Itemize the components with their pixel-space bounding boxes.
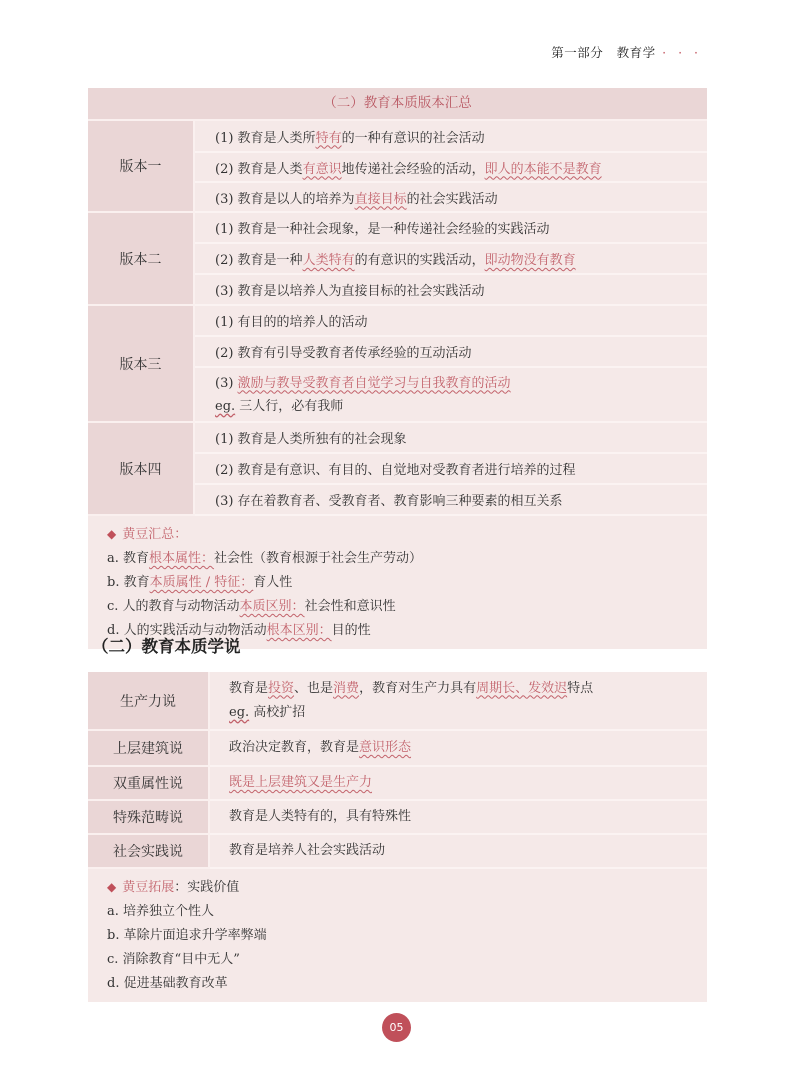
highlight-text: 周期长、发效迟 <box>476 681 567 696</box>
text-segment: 高校扩招 <box>249 705 305 720</box>
extension-line: b. 革除片面追求升学率弊端 <box>107 924 707 948</box>
version-row: 版本一(1) 教育是人类所特有的一种有意识的社会活动(2) 教育是人类有意识地传… <box>88 121 707 213</box>
theory-row: 上层建筑说政治决定教育，教育是意识形态 <box>88 731 707 767</box>
theory-row: 双重属性说既是上层建筑又是生产力 <box>88 767 707 801</box>
text-segment: (3) 教育是以培养人为直接目标的社会实践活动 <box>215 284 485 299</box>
summary-heading: 黄豆汇总： <box>122 527 187 542</box>
highlight-text: 投资 <box>268 681 294 696</box>
version-item: (1) 有目的的培养人的活动 <box>195 306 707 337</box>
running-header: 第一部分 教育学 · · · <box>551 43 702 61</box>
text-segment: (1) 教育是一种社会现象，是一种传递社会经验的实践活动 <box>215 222 550 237</box>
text-segment: a. 教育 <box>107 551 149 566</box>
example-marker: eg. <box>229 705 249 720</box>
text-segment: (2) 教育是一种 <box>215 253 303 268</box>
text-segment: (3) 教育是以人的培养为 <box>215 192 355 207</box>
theory-label: 上层建筑说 <box>88 731 210 767</box>
text-segment: (1) 教育是人类所独有的社会现象 <box>215 432 407 447</box>
text-segment: (2) 教育是有意识、有目的、自觉地对受教育者进行培养的过程 <box>215 463 576 478</box>
version-summary-table: （二）教育本质版本汇总 版本一(1) 教育是人类所特有的一种有意识的社会活动(2… <box>88 88 707 649</box>
text-segment: (2) 教育有引导受教育者传承经验的互动活动 <box>215 346 472 361</box>
header-dots-icon: · · · <box>662 45 702 60</box>
summary-line: a. 教育根本属性：社会性（教育根源于社会生产劳动） <box>107 547 707 571</box>
text-segment: 教育是人类特有的，具有特殊性 <box>229 809 411 824</box>
text-segment: 三人行，必有我师 <box>235 399 343 414</box>
theory-description: 教育是人类特有的，具有特殊性 <box>210 801 707 835</box>
version-row: 版本二(1) 教育是一种社会现象，是一种传递社会经验的实践活动(2) 教育是一种… <box>88 213 707 306</box>
highlight-text: 即人的本能不是教育 <box>485 162 602 177</box>
theory-table: 生产力说教育是投资、也是消费，教育对生产力具有周期长、发效迟特点eg. 高校扩招… <box>88 672 707 1002</box>
version-item: (2) 教育有引导受教育者传承经验的互动活动 <box>195 337 707 368</box>
version-item: (1) 教育是人类所独有的社会现象 <box>195 423 707 454</box>
text-segment: 目的性 <box>332 623 371 638</box>
header-part: 第一部分 <box>551 45 603 60</box>
table-title: （二）教育本质版本汇总 <box>88 88 707 121</box>
header-subject: 教育学 <box>617 45 656 60</box>
text-segment: 的有意识的实践活动， <box>355 253 485 268</box>
version-row: 版本四(1) 教育是人类所独有的社会现象(2) 教育是有意识、有目的、自觉地对受… <box>88 423 707 516</box>
theory-row: 特殊范畴说教育是人类特有的，具有特殊性 <box>88 801 707 835</box>
theory-label: 生产力说 <box>88 672 210 731</box>
text-segment: b. 教育 <box>107 575 150 590</box>
version-item: (3) 教育是以人的培养为直接目标的社会实践活动 <box>195 183 707 213</box>
version-item: (1) 教育是人类所特有的一种有意识的社会活动 <box>195 121 707 153</box>
extension-heading-suffix: ：实践价值 <box>174 880 239 895</box>
theory-row: 生产力说教育是投资、也是消费，教育对生产力具有周期长、发效迟特点eg. 高校扩招 <box>88 672 707 731</box>
diamond-icon: ◆ <box>107 880 116 894</box>
text-segment: (3) 存在着教育者、受教育者、教育影响三种要素的相互关系 <box>215 494 563 509</box>
diamond-icon: ◆ <box>107 527 116 541</box>
page-number: 05 <box>382 1013 411 1042</box>
theory-label: 双重属性说 <box>88 767 210 801</box>
extension-box: ◆黄豆拓展：实践价值 a. 培养独立个性人b. 革除片面追求升学率弊端c. 消除… <box>88 869 707 1002</box>
text-segment: 特点 <box>567 681 593 696</box>
text-segment: 教育是培养人社会实践活动 <box>229 843 385 858</box>
version-label: 版本二 <box>88 213 195 306</box>
highlight-text: 直接目标 <box>355 192 407 207</box>
text-segment: ，教育对生产力具有 <box>359 681 476 696</box>
version-row: 版本三(1) 有目的的培养人的活动(2) 教育有引导受教育者传承经验的互动活动(… <box>88 306 707 423</box>
text-segment: 育人性 <box>253 575 292 590</box>
version-item: (3) 激励与教导受教育者自觉学习与自我教育的活动eg. 三人行，必有我师 <box>195 368 707 423</box>
version-item: (2) 教育是有意识、有目的、自觉地对受教育者进行培养的过程 <box>195 454 707 485</box>
text-segment: 的社会实践活动 <box>407 192 498 207</box>
highlight-text: 特有 <box>316 131 342 146</box>
theory-label: 特殊范畴说 <box>88 801 210 835</box>
text-segment: c. 人的教育与动物活动 <box>107 599 240 614</box>
theory-description: 教育是投资、也是消费，教育对生产力具有周期长、发效迟特点eg. 高校扩招 <box>210 672 707 731</box>
highlight-text: 激励与教导受教育者自觉学习与自我教育的活动 <box>238 376 511 391</box>
theory-label: 社会实践说 <box>88 835 210 869</box>
text-segment: (1) 教育是人类所 <box>215 131 316 146</box>
extension-line: c. 消除教育“目中无人” <box>107 948 707 972</box>
text-segment: 社会性（教育根源于社会生产劳动） <box>214 551 422 566</box>
version-label: 版本一 <box>88 121 195 213</box>
text-segment: 的一种有意识的社会活动 <box>342 131 485 146</box>
highlight-text: 人类特有 <box>303 253 355 268</box>
text-segment: 社会性和意识性 <box>305 599 396 614</box>
version-item: (2) 教育是人类有意识地传递社会经验的活动，即人的本能不是教育 <box>195 153 707 183</box>
version-item: (3) 存在着教育者、受教育者、教育影响三种要素的相互关系 <box>195 485 707 516</box>
text-segment: 、也是 <box>294 681 333 696</box>
text-segment: (3) <box>215 376 238 391</box>
theory-row: 社会实践说教育是培养人社会实践活动 <box>88 835 707 869</box>
theory-description: 政治决定教育，教育是意识形态 <box>210 731 707 767</box>
theory-description: 教育是培养人社会实践活动 <box>210 835 707 869</box>
extension-line: d. 促进基础教育改革 <box>107 972 707 996</box>
highlight-text: 根本属性： <box>149 551 214 566</box>
highlight-text: 消费 <box>333 681 359 696</box>
summary-box: ◆黄豆汇总： a. 教育根本属性：社会性（教育根源于社会生产劳动）b. 教育本质… <box>88 516 707 649</box>
text-segment: 教育是 <box>229 681 268 696</box>
highlight-text: 本质属性 / 特征： <box>150 575 254 590</box>
text-segment: 政治决定教育，教育是 <box>229 740 359 755</box>
summary-line: b. 教育本质属性 / 特征：育人性 <box>107 571 707 595</box>
version-label: 版本四 <box>88 423 195 516</box>
version-item: (2) 教育是一种人类特有的有意识的实践活动，即动物没有教育 <box>195 244 707 275</box>
highlight-text: 即动物没有教育 <box>485 253 576 268</box>
version-item: (1) 教育是一种社会现象，是一种传递社会经验的实践活动 <box>195 213 707 244</box>
theory-description: 既是上层建筑又是生产力 <box>210 767 707 801</box>
text-segment: (1) 有目的的培养人的活动 <box>215 315 368 330</box>
extension-line: a. 培养独立个性人 <box>107 900 707 924</box>
extension-heading: 黄豆拓展 <box>122 880 174 895</box>
highlight-text: 根本区别： <box>267 623 332 638</box>
text-segment: 地传递社会经验的活动， <box>342 162 485 177</box>
example-marker: eg. <box>215 399 235 414</box>
version-item: (3) 教育是以培养人为直接目标的社会实践活动 <box>195 275 707 306</box>
version-label: 版本三 <box>88 306 195 423</box>
highlight-text: 意识形态 <box>359 740 411 755</box>
summary-line: c. 人的教育与动物活动本质区别：社会性和意识性 <box>107 595 707 619</box>
highlight-text: 有意识 <box>303 162 342 177</box>
section-title: （二）教育本质学说 <box>92 633 241 657</box>
text-segment: (2) 教育是人类 <box>215 162 303 177</box>
highlight-text: 本质区别： <box>240 599 305 614</box>
highlight-text: 既是上层建筑又是生产力 <box>229 775 372 790</box>
